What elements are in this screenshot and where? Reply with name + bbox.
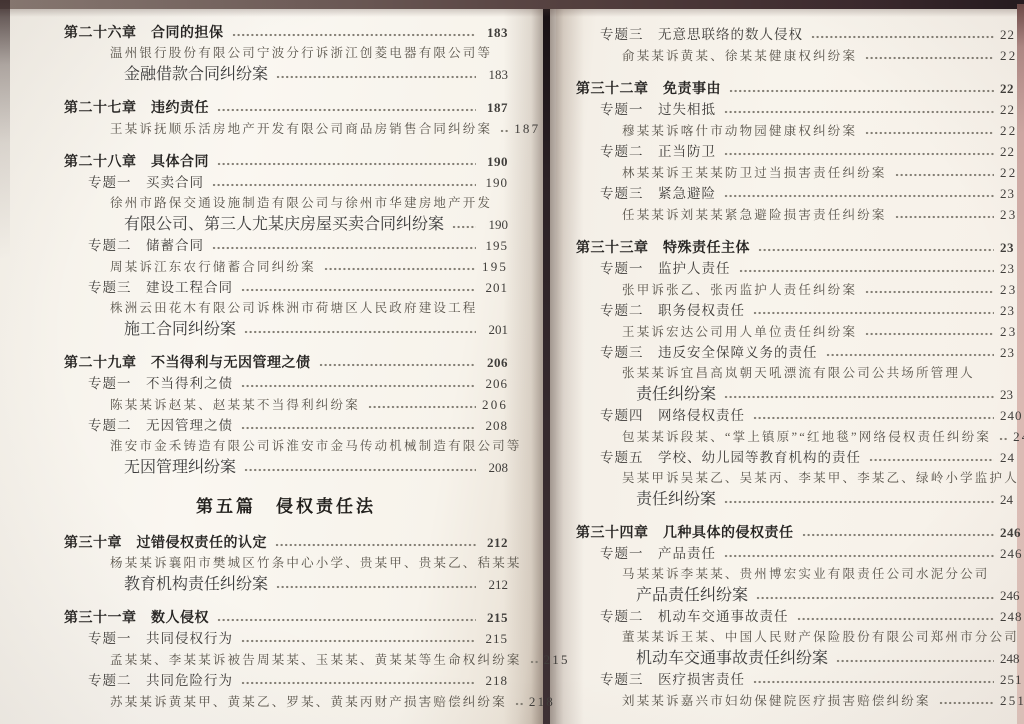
- dot-leader: [276, 73, 476, 81]
- page-number: 201: [482, 277, 508, 298]
- dot-leader: [753, 414, 994, 422]
- toc-entry: 专题五 学校、幼儿园等教育机构的责任24: [576, 447, 1024, 468]
- entry-text: 专题三 无意思联络的数人侵权: [600, 24, 803, 45]
- page-number: 201: [482, 319, 508, 340]
- page-number: 212: [482, 574, 508, 595]
- toc-entry: 专题四 网络侵权责任240: [576, 405, 1024, 426]
- dot-leader: [753, 678, 994, 686]
- toc-entry: 穆某某诉喀什市动物园健康权纠纷案22: [576, 120, 1024, 141]
- page-number: 251: [1000, 690, 1024, 711]
- entry-text: 任某某诉刘某某紧急避险损害责任纠纷案: [622, 205, 887, 226]
- photo-top-edge: [0, 0, 1024, 9]
- dot-leader: [758, 246, 994, 254]
- entry-text: 陈某某诉赵某、赵某某不当得利纠纷案: [110, 395, 360, 416]
- page-number: 246: [1000, 585, 1024, 606]
- toc-entry: 第二十六章 合同的担保183: [64, 22, 508, 43]
- entry-text: 孟某某、李某某诉被告周某某、玉某某、黄某某等生命权纠纷案: [110, 650, 522, 671]
- page-number: 24: [1000, 447, 1024, 468]
- entry-text: 专题一 监护人责任: [600, 258, 731, 279]
- entry-text: 第二十七章 违约责任: [64, 98, 209, 119]
- toc-entry: 责任纠纷案24: [576, 489, 1024, 510]
- dot-leader: [212, 244, 476, 252]
- dot-leader: [276, 583, 476, 591]
- dot-leader: [530, 658, 538, 666]
- toc-entry: 周某诉江东农行储蓄合同纠纷案195: [64, 256, 508, 277]
- entry-text: 杨某某诉襄阳市樊城区竹条中心小学、贵某甲、贵某乙、秸某某: [110, 553, 522, 574]
- entry-text: 林某某诉王某某防卫过当损害责任纠纷案: [622, 163, 887, 184]
- entry-text: 温州银行股份有限公司宁波分行诉浙江创菱电器有限公司等: [110, 43, 492, 64]
- entry-text: 王某诉宏达公司用人单位责任纠纷案: [622, 322, 857, 343]
- entry-text: 责任纠纷案: [636, 489, 716, 510]
- entry-text: 第三十四章 几种具体的侵权责任: [576, 523, 794, 544]
- entry-text: 专题四 网络侵权责任: [600, 405, 745, 426]
- toc-entry: 第二十七章 违约责任187: [64, 97, 508, 118]
- dot-leader: [217, 160, 476, 168]
- entry-text: 周某诉江东农行储蓄合同纠纷案: [110, 257, 316, 278]
- toc-entry: 金融借款合同纠纷案183: [64, 64, 508, 85]
- page-number: 22: [1000, 78, 1024, 99]
- dot-leader: [865, 330, 994, 338]
- dot-leader: [241, 637, 476, 645]
- toc-entry: 第三十二章 免责事由22: [576, 78, 1024, 99]
- dot-leader: [895, 171, 994, 179]
- dot-leader: [724, 192, 994, 200]
- toc-entry: 专题三 无意思联络的数人侵权22: [576, 24, 1024, 45]
- page-number: 22: [1000, 45, 1024, 66]
- page-number: 23: [1000, 384, 1024, 405]
- part-heading: 第五篇 侵权责任法: [64, 494, 508, 520]
- entry-text: 张甲诉张乙、张丙监护人责任纠纷案: [622, 280, 857, 301]
- toc-entry: 专题三 违反安全保障义务的责任23: [576, 342, 1024, 363]
- toc-entry: 董某某诉王某、中国人民财产保险股份有限公司郑州市分公司: [576, 627, 1024, 648]
- toc-entry: 第三十章 过错侵权责任的认定212: [64, 532, 508, 553]
- entry-text: 第三十章 过错侵权责任的认定: [64, 533, 267, 554]
- toc-entry: 淮安市金禾铸造有限公司诉淮安市金马传动机械制造有限公司等: [64, 436, 508, 457]
- gutter-shadow-left: [503, 0, 543, 724]
- page-number: 22: [1000, 99, 1024, 120]
- page-number: 195: [482, 256, 508, 277]
- entry-text: 专题五 学校、幼儿园等教育机构的责任: [600, 447, 861, 468]
- page-number: 215: [482, 628, 508, 649]
- page-number: 187: [514, 118, 540, 139]
- dot-leader: [232, 31, 477, 39]
- dot-leader: [244, 328, 476, 336]
- page-number: 248: [1000, 606, 1024, 627]
- entry-text: 有限公司、第三人尤某庆房屋买卖合同纠纷案: [124, 214, 444, 235]
- dot-leader: [241, 382, 476, 390]
- dot-leader: [244, 466, 476, 474]
- entry-text: 刘某某诉嘉兴市妇幼保健院医疗损害赔偿纠纷案: [622, 691, 931, 712]
- toc-entry: 林某某诉王某某防卫过当损害责任纠纷案22: [576, 162, 1024, 183]
- entry-text: 苏某某诉黄某甲、黄某乙、罗某、黄某丙财产损害赔偿纠纷案: [110, 692, 507, 713]
- page-number: 23: [1000, 321, 1024, 342]
- entry-text: 无因管理纠纷案: [124, 457, 236, 478]
- entry-text: 专题三 建设工程合同: [88, 277, 233, 298]
- toc-entry: 专题一 监护人责任23: [576, 258, 1024, 279]
- page-number: 190: [482, 151, 508, 172]
- entry-text: 第二十六章 合同的担保: [64, 23, 224, 44]
- entry-text: 马某某诉李某某、贵州博宏实业有限责任公司水泥分公司: [622, 564, 990, 585]
- dot-leader: [724, 498, 994, 506]
- dot-leader: [865, 129, 994, 137]
- toc-entry: 专题二 储蓄合同195: [64, 235, 508, 256]
- page-number: 206: [482, 352, 508, 373]
- page-number: 208: [482, 457, 508, 478]
- toc-entry: 俞某某诉黄某、徐某某健康权纠纷案22: [576, 45, 1024, 66]
- entry-text: 株洲云田花木有限公司诉株洲市荷塘区人民政府建设工程: [110, 298, 478, 319]
- page-number: 23: [1000, 183, 1024, 204]
- entry-text: 专题一 不当得利之债: [88, 373, 233, 394]
- entry-text: 专题二 机动车交通事故责任: [600, 606, 789, 627]
- toc-entry: 专题三 医疗损害责任251: [576, 669, 1024, 690]
- dot-leader: [865, 54, 994, 62]
- toc-entry: 温州银行股份有限公司宁波分行诉浙江创菱电器有限公司等: [64, 43, 508, 64]
- page-number: 190: [482, 172, 508, 193]
- entry-text: 董某某诉王某、中国人民财产保险股份有限公司郑州市分公司: [622, 627, 1019, 648]
- entry-text: 金融借款合同纠纷案: [124, 64, 268, 85]
- page-number: 195: [482, 235, 508, 256]
- page-number: 240: [1000, 405, 1024, 426]
- dot-leader: [865, 288, 994, 296]
- dot-leader: [452, 223, 476, 231]
- page-number: 23: [1000, 300, 1024, 321]
- toc-entry: 张某某诉宜昌高岚朝天吼漂流有限公司公共场所管理人: [576, 363, 1024, 384]
- page-number: 212: [482, 532, 508, 553]
- toc-entry: 专题二 职务侵权责任23: [576, 300, 1024, 321]
- dot-leader: [729, 87, 994, 95]
- page-number: 208: [482, 415, 508, 436]
- entry-text: 专题三 医疗损害责任: [600, 669, 745, 690]
- dot-leader: [724, 150, 994, 158]
- toc-entry: 徐州市路保交通设施制造有限公司与徐州市华建房地产开发: [64, 193, 508, 214]
- entry-text: 第五篇 侵权责任法: [196, 497, 376, 516]
- entry-text: 淮安市金禾铸造有限公司诉淮安市金马传动机械制造有限公司等: [110, 436, 522, 457]
- toc-entry: 有限公司、第三人尤某庆房屋买卖合同纠纷案190: [64, 214, 508, 235]
- toc-entry: 教育机构责任纠纷案212: [64, 574, 508, 595]
- page-number: 218: [529, 691, 555, 712]
- dot-leader: [939, 699, 994, 707]
- entry-text: 专题一 共同侵权行为: [88, 628, 233, 649]
- entry-text: 专题二 储蓄合同: [88, 235, 204, 256]
- toc-entry: 产品责任纠纷案246: [576, 585, 1024, 606]
- toc-entry: 专题三 建设工程合同201: [64, 277, 508, 298]
- entry-text: 专题一 买卖合同: [88, 172, 204, 193]
- toc-column-left: 第二十六章 合同的担保183温州银行股份有限公司宁波分行诉浙江创菱电器有限公司等…: [36, 22, 508, 712]
- photo-left-edge-shade: [0, 0, 10, 260]
- entry-text: 第二十八章 具体合同: [64, 152, 209, 173]
- entry-text: 专题一 产品责任: [600, 543, 716, 564]
- toc-entry: 吴某甲诉吴某乙、吴某丙、李某甲、李某乙、绿岭小学监护人: [576, 468, 1024, 489]
- toc-entry: 包某某诉段某、“掌上镇原”“红地毯”网络侵权责任纠纷案240: [576, 426, 1024, 447]
- dot-leader: [724, 552, 994, 560]
- dot-leader: [724, 108, 994, 116]
- toc-entry: 第二十八章 具体合同190: [64, 151, 508, 172]
- entry-text: 专题三 违反安全保障义务的责任: [600, 342, 818, 363]
- dot-leader: [895, 213, 994, 221]
- dot-leader: [217, 616, 476, 624]
- toc-entry: 施工合同纠纷案201: [64, 319, 508, 340]
- toc-entry: 专题二 无因管理之债208: [64, 415, 508, 436]
- page-number: 183: [482, 64, 508, 85]
- book-spine-gutter: [543, 0, 550, 724]
- page-number: 22: [1000, 141, 1024, 162]
- entry-text: 专题二 职务侵权责任: [600, 300, 745, 321]
- toc-entry: 杨某某诉襄阳市樊城区竹条中心小学、贵某甲、贵某乙、秸某某: [64, 553, 508, 574]
- dot-leader: [500, 127, 508, 135]
- entry-text: 徐州市路保交通设施制造有限公司与徐州市华建房地产开发: [110, 193, 492, 214]
- toc-entry: 第三十一章 数人侵权215: [64, 607, 508, 628]
- page-number: 240: [1013, 426, 1024, 447]
- entry-text: 第三十一章 数人侵权: [64, 608, 209, 629]
- entry-text: 专题二 无因管理之债: [88, 415, 233, 436]
- dot-leader: [826, 351, 995, 359]
- toc-entry: 刘某某诉嘉兴市妇幼保健院医疗损害赔偿纠纷案251: [576, 690, 1024, 711]
- dot-leader: [515, 700, 523, 708]
- toc-entry: 陈某某诉赵某、赵某某不当得利纠纷案206: [64, 394, 508, 415]
- entry-text: 专题二 共同危险行为: [88, 670, 233, 691]
- dot-leader: [797, 615, 995, 623]
- page-number: 22: [1000, 162, 1024, 183]
- entry-text: 张某某诉宜昌高岚朝天吼漂流有限公司公共场所管理人: [622, 363, 975, 384]
- dot-leader: [869, 456, 994, 464]
- page-number: 24: [1000, 489, 1024, 510]
- toc-entry: 专题二 正当防卫22: [576, 141, 1024, 162]
- dot-leader: [811, 33, 994, 41]
- entry-text: 责任纠纷案: [636, 384, 716, 405]
- dot-leader: [324, 265, 476, 273]
- entry-text: 第二十九章 不当得利与无因管理之债: [64, 353, 311, 374]
- dot-leader: [368, 403, 476, 411]
- dot-leader: [724, 393, 994, 401]
- toc-entry: 专题一 过失相抵22: [576, 99, 1024, 120]
- page-number: 190: [482, 214, 508, 235]
- page-number: 22: [1000, 120, 1024, 141]
- dot-leader: [802, 531, 995, 539]
- page-number: 246: [1000, 543, 1024, 564]
- dot-leader: [241, 286, 476, 294]
- toc-entry: 王某诉宏达公司用人单位责任纠纷案23: [576, 321, 1024, 342]
- entry-text: 俞某某诉黄某、徐某某健康权纠纷案: [622, 46, 857, 67]
- page-number: 218: [482, 670, 508, 691]
- page-number: 187: [482, 97, 508, 118]
- toc-entry: 无因管理纠纷案208: [64, 457, 508, 478]
- page-number: 215: [482, 607, 508, 628]
- page-number: 23: [1000, 279, 1024, 300]
- entry-text: 第三十二章 免责事由: [576, 79, 721, 100]
- toc-entry: 专题一 不当得利之债206: [64, 373, 508, 394]
- toc-entry: 机动车交通事故责任纠纷案248: [576, 648, 1024, 669]
- toc-entry: 专题一 共同侵权行为215: [64, 628, 508, 649]
- entry-text: 第三十三章 特殊责任主体: [576, 238, 750, 259]
- entry-text: 教育机构责任纠纷案: [124, 574, 268, 595]
- entry-text: 产品责任纠纷案: [636, 585, 748, 606]
- entry-text: 专题三 紧急避险: [600, 183, 716, 204]
- toc-entry: 第三十三章 特殊责任主体23: [576, 237, 1024, 258]
- toc-entry: 专题二 机动车交通事故责任248: [576, 606, 1024, 627]
- entry-text: 包某某诉段某、“掌上镇原”“红地毯”网络侵权责任纠纷案: [622, 427, 991, 448]
- dot-leader: [753, 309, 994, 317]
- toc-entry: 张甲诉张乙、张丙监护人责任纠纷案23: [576, 279, 1024, 300]
- toc-entry: 第二十九章 不当得利与无因管理之债206: [64, 352, 508, 373]
- dot-leader: [275, 541, 476, 549]
- toc-entry: 责任纠纷案23: [576, 384, 1024, 405]
- page-number: 248: [1000, 648, 1024, 669]
- dot-leader: [212, 181, 476, 189]
- page-number: 23: [1000, 237, 1024, 258]
- entry-text: 穆某某诉喀什市动物园健康权纠纷案: [622, 121, 857, 142]
- entry-text: 施工合同纠纷案: [124, 319, 236, 340]
- dot-leader: [319, 361, 477, 369]
- page-number: 22: [1000, 24, 1024, 45]
- page-number: 206: [482, 373, 508, 394]
- dot-leader: [739, 267, 995, 275]
- dot-leader: [217, 106, 476, 114]
- dot-leader: [836, 657, 994, 665]
- page-number: 206: [482, 394, 508, 415]
- entry-text: 王某诉抚顺乐活房地产开发有限公司商品房销售合同纠纷案: [110, 119, 492, 140]
- entry-text: 吴某甲诉吴某乙、吴某丙、李某甲、李某乙、绿岭小学监护人: [622, 468, 1019, 489]
- toc-entry: 专题一 产品责任246: [576, 543, 1024, 564]
- page-number: 23: [1000, 204, 1024, 225]
- toc-column-right: 专题三 无意思联络的数人侵权22俞某某诉黄某、徐某某健康权纠纷案22第三十二章 …: [556, 24, 1024, 711]
- toc-entry: 任某某诉刘某某紧急避险损害责任纠纷案23: [576, 204, 1024, 225]
- dot-leader: [241, 679, 476, 687]
- toc-entry: 苏某某诉黄某甲、黄某乙、罗某、黄某丙财产损害赔偿纠纷案218: [64, 691, 508, 712]
- toc-entry: 专题三 紧急避险23: [576, 183, 1024, 204]
- entry-text: 机动车交通事故责任纠纷案: [636, 648, 828, 669]
- page-number: 251: [1000, 669, 1024, 690]
- dot-leader: [241, 424, 476, 432]
- page-number: 23: [1000, 342, 1024, 363]
- page-number: 23: [1000, 258, 1024, 279]
- photo-top-edge-fade: [0, 9, 1024, 17]
- toc-entry: 株洲云田花木有限公司诉株洲市荷塘区人民政府建设工程: [64, 298, 508, 319]
- toc-entry: 孟某某、李某某诉被告周某某、玉某某、黄某某等生命权纠纷案215: [64, 649, 508, 670]
- toc-entry: 王某诉抚顺乐活房地产开发有限公司商品房销售合同纠纷案187: [64, 118, 508, 139]
- page-number: 246: [1000, 522, 1024, 543]
- toc-entry: 专题一 买卖合同190: [64, 172, 508, 193]
- toc-entry: 第三十四章 几种具体的侵权责任246: [576, 522, 1024, 543]
- entry-text: 专题一 过失相抵: [600, 99, 716, 120]
- toc-entry: 马某某诉李某某、贵州博宏实业有限责任公司水泥分公司: [576, 564, 1024, 585]
- page-number: 183: [482, 22, 508, 43]
- dot-leader: [999, 435, 1007, 443]
- entry-text: 专题二 正当防卫: [600, 141, 716, 162]
- dot-leader: [756, 594, 994, 602]
- toc-entry: 专题二 共同危险行为218: [64, 670, 508, 691]
